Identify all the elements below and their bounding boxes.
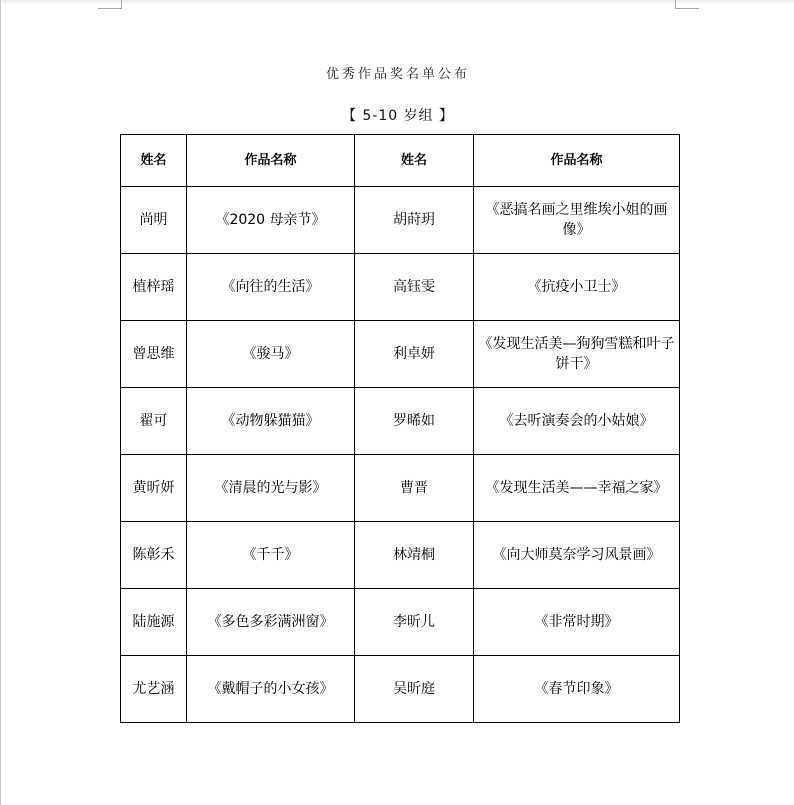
work-title: 《向往的生活》 bbox=[187, 254, 355, 321]
work-title: 《动物躲猫猫》 bbox=[187, 388, 355, 455]
table-row: 陈彰禾 《千千》 林靖桐 《向大师莫奈学习风景画》 bbox=[121, 522, 680, 589]
document-page: 优秀作品奖名单公布 【 5-10 岁组 】 姓名 作品名称 姓名 作品名称 尚明… bbox=[0, 0, 794, 805]
work-title: 《非常时期》 bbox=[474, 589, 680, 656]
table-header-row: 姓名 作品名称 姓名 作品名称 bbox=[121, 135, 680, 187]
student-name: 林靖桐 bbox=[355, 522, 474, 589]
work-title: 《戴帽子的小女孩》 bbox=[187, 656, 355, 723]
table-row: 尚明 《2020 母亲节》 胡莳玥 《恶搞名画之里维埃小姐的画像》 bbox=[121, 187, 680, 254]
document-title: 优秀作品奖名单公布 bbox=[1, 63, 794, 82]
work-title: 《恶搞名画之里维埃小姐的画像》 bbox=[474, 187, 680, 254]
student-name: 曹晋 bbox=[355, 455, 474, 522]
table-row: 翟可 《动物躲猫猫》 罗晞如 《去听演奏会的小姑娘》 bbox=[121, 388, 680, 455]
table-row: 植梓瑶 《向往的生活》 高钰雯 《抗疫小卫士》 bbox=[121, 254, 680, 321]
work-title: 《去听演奏会的小姑娘》 bbox=[474, 388, 680, 455]
header-name-2: 姓名 bbox=[355, 135, 474, 187]
work-title: 《发现生活美—狗狗雪糕和叶子饼干》 bbox=[474, 321, 680, 388]
table-row: 曾思维 《骏马》 利卓妍 《发现生活美—狗狗雪糕和叶子饼干》 bbox=[121, 321, 680, 388]
work-title: 《清晨的光与影》 bbox=[187, 455, 355, 522]
student-name: 吴昕庭 bbox=[355, 656, 474, 723]
margin-corner-mark-top-right bbox=[675, 0, 699, 9]
table-row: 陆施源 《多色多彩满洲窗》 李昕儿 《非常时期》 bbox=[121, 589, 680, 656]
student-name: 植梓瑶 bbox=[121, 254, 187, 321]
student-name: 曾思维 bbox=[121, 321, 187, 388]
table-row: 尤艺涵 《戴帽子的小女孩》 吴昕庭 《春节印象》 bbox=[121, 656, 680, 723]
student-name: 罗晞如 bbox=[355, 388, 474, 455]
header-name-1: 姓名 bbox=[121, 135, 187, 187]
work-title: 《千千》 bbox=[187, 522, 355, 589]
work-title: 《骏马》 bbox=[187, 321, 355, 388]
student-name: 陈彰禾 bbox=[121, 522, 187, 589]
work-title: 《春节印象》 bbox=[474, 656, 680, 723]
work-title: 《抗疫小卫士》 bbox=[474, 254, 680, 321]
student-name: 黄昕妍 bbox=[121, 455, 187, 522]
header-work-2: 作品名称 bbox=[474, 135, 680, 187]
student-name: 利卓妍 bbox=[355, 321, 474, 388]
awards-table: 姓名 作品名称 姓名 作品名称 尚明 《2020 母亲节》 胡莳玥 《恶搞名画之… bbox=[120, 134, 680, 723]
student-name: 陆施源 bbox=[121, 589, 187, 656]
age-group-label: 【 5-10 岁组 】 bbox=[1, 105, 794, 125]
work-title: 《向大师莫奈学习风景画》 bbox=[474, 522, 680, 589]
student-name: 李昕儿 bbox=[355, 589, 474, 656]
work-title: 《发现生活美——幸福之家》 bbox=[474, 455, 680, 522]
work-title: 《多色多彩满洲窗》 bbox=[187, 589, 355, 656]
work-title: 《2020 母亲节》 bbox=[187, 187, 355, 254]
margin-corner-mark-top-left bbox=[98, 0, 122, 9]
student-name: 高钰雯 bbox=[355, 254, 474, 321]
table-row: 黄昕妍 《清晨的光与影》 曹晋 《发现生活美——幸福之家》 bbox=[121, 455, 680, 522]
student-name: 尤艺涵 bbox=[121, 656, 187, 723]
student-name: 尚明 bbox=[121, 187, 187, 254]
student-name: 胡莳玥 bbox=[355, 187, 474, 254]
student-name: 翟可 bbox=[121, 388, 187, 455]
header-work-1: 作品名称 bbox=[187, 135, 355, 187]
